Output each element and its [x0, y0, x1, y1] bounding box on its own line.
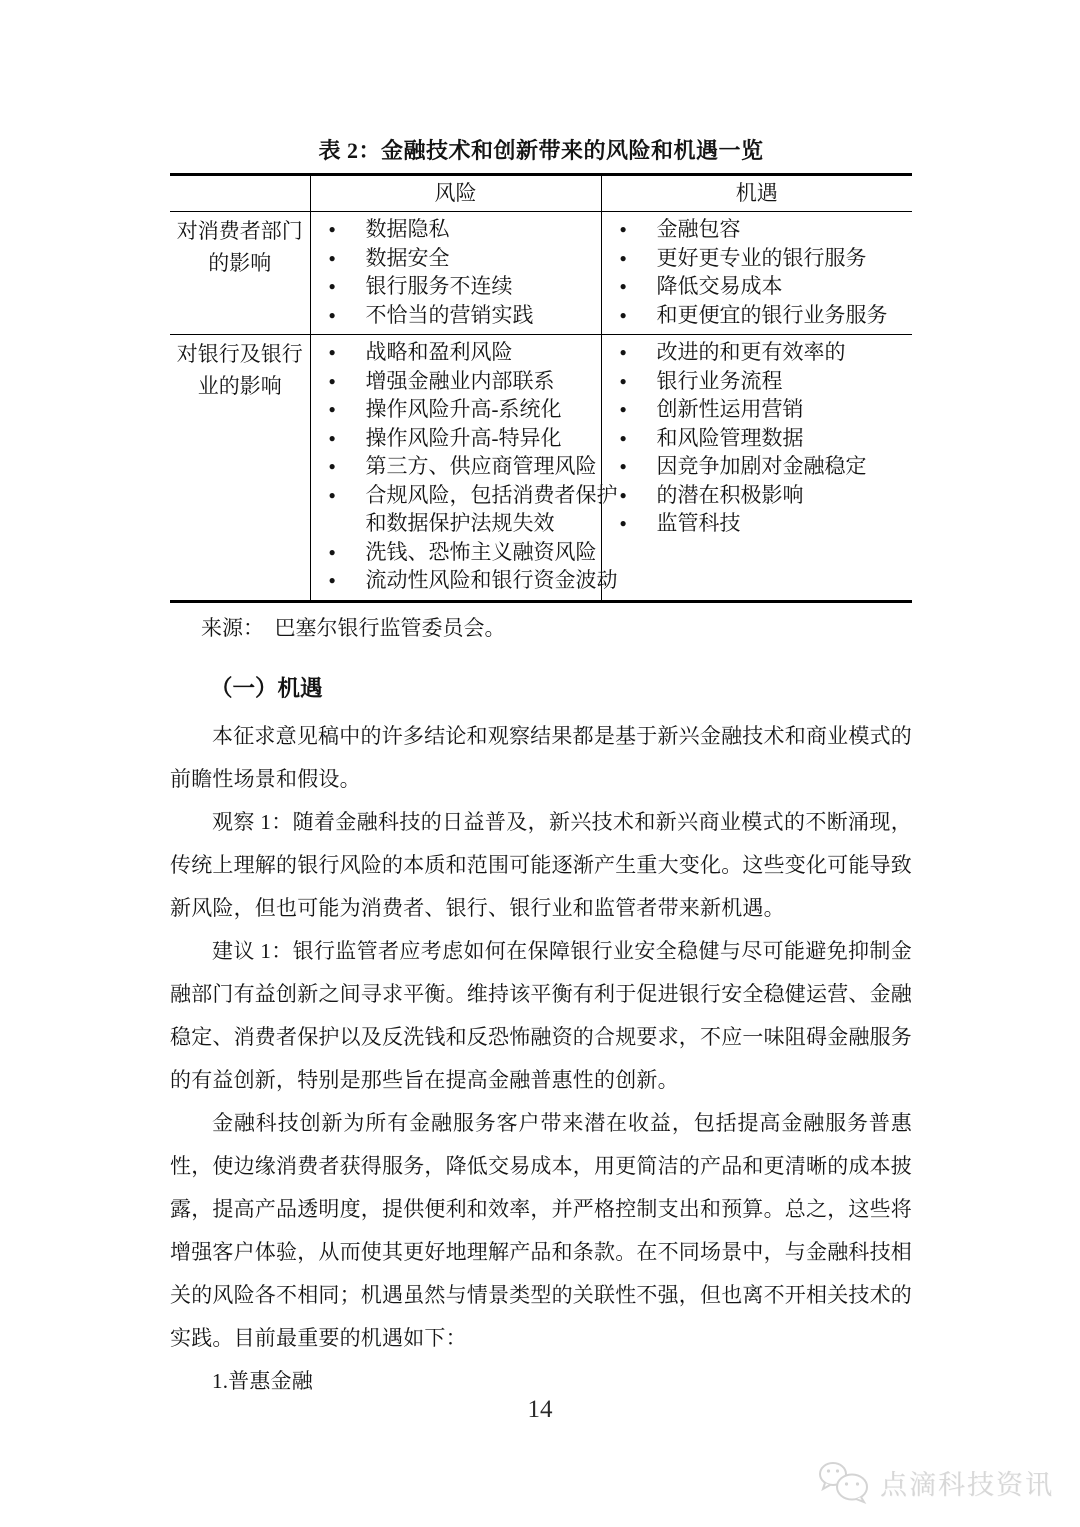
- bullet-line: ●的潜在积极影响: [602, 481, 913, 510]
- body-paragraph: 观察 1：随着金融科技的日益普及，新兴技术和新兴商业模式的不断涌现，传统上理解的…: [170, 801, 912, 930]
- row-label-line: 对消费者部门: [170, 215, 310, 247]
- bullet-line: ●创新性运用营销: [602, 395, 913, 424]
- bullet-line: ●数据安全: [311, 244, 601, 273]
- bullet-icon: ●: [620, 481, 657, 510]
- bullet-icon: ●: [329, 538, 366, 567]
- bullet-text: 增强金融业内部联系: [366, 367, 555, 396]
- bullet-line: ●降低交易成本: [602, 272, 913, 301]
- bullet-line: ●增强金融业内部联系: [311, 367, 601, 396]
- consumer-risks-cell: ●数据隐私●数据安全●银行服务不连续●不恰当的营销实践: [310, 212, 601, 335]
- bullet-icon: ●: [620, 272, 657, 301]
- bullet-line: ●流动性风险和银行资金波动: [311, 566, 601, 595]
- section-heading: （一）机遇: [170, 674, 912, 704]
- table-source: 来源： 巴塞尔银行监管委员会。: [170, 614, 912, 642]
- bullet-line: ●战略和盈利风险: [311, 338, 601, 367]
- bullet-icon: ●: [329, 301, 366, 330]
- consumer-opportunities-cell: ●金融包容●更好更专业的银行服务●降低交易成本●和更便宜的银行业务服务: [601, 212, 912, 335]
- table-row-consumer: 对消费者部门的影响 ●数据隐私●数据安全●银行服务不连续●不恰当的营销实践 ●金…: [170, 212, 912, 335]
- bullet-line: ●第三方、供应商管理风险: [311, 452, 601, 481]
- bullet-text: 数据安全: [366, 244, 450, 273]
- header-empty: [170, 175, 310, 212]
- risk-opportunity-table: 风险 机遇 对消费者部门的影响 ●数据隐私●数据安全●银行服务不连续●不恰当的营…: [170, 173, 912, 603]
- bullet-line: ●合规风险，包括消费者保护: [311, 481, 601, 510]
- bullet-line: ●银行业务流程: [602, 367, 913, 396]
- table-title: 表 2：金融技术和创新带来的风险和机遇一览: [170, 138, 912, 164]
- row-label-line: 的影响: [170, 247, 310, 279]
- bullet-text: 操作风险升高-特异化: [366, 424, 562, 453]
- watermark-text: 点滴科技资讯: [880, 1463, 1054, 1502]
- bullet-icon: ●: [620, 424, 657, 453]
- bullet-text: 改进的和更有效率的: [657, 338, 846, 367]
- bullet-line: ●操作风险升高-系统化: [311, 395, 601, 424]
- bullet-icon: ●: [620, 452, 657, 481]
- watermark: 点滴科技资讯: [816, 1460, 1054, 1504]
- bullet-icon: ●: [620, 367, 657, 396]
- bullet-icon: ●: [620, 338, 657, 367]
- body-text: 本征求意见稿中的许多结论和观察结果都是基于新兴金融技术和商业模式的前瞻性场景和假…: [170, 715, 912, 1403]
- bullet-text: 数据隐私: [366, 215, 450, 244]
- bullet-line: 和数据保护法规失效: [311, 509, 601, 538]
- bullet-icon: ●: [620, 509, 657, 538]
- bullet-icon: ●: [620, 301, 657, 330]
- bullet-text: 和数据保护法规失效: [366, 509, 555, 538]
- bullet-line: ●因竞争加剧对金融稳定: [602, 452, 913, 481]
- bullet-text: 第三方、供应商管理风险: [366, 452, 597, 481]
- wechat-logo-icon: [816, 1460, 872, 1504]
- body-paragraph: 本征求意见稿中的许多结论和观察结果都是基于新兴金融技术和商业模式的前瞻性场景和假…: [170, 715, 912, 801]
- bullet-icon: ●: [329, 244, 366, 273]
- bank-opportunities-cell: ●改进的和更有效率的●银行业务流程●创新性运用营销●和风险管理数据●因竞争加剧对…: [601, 335, 912, 602]
- bullet-text: 监管科技: [657, 509, 741, 538]
- table-row-banks: 对银行及银行业的影响 ●战略和盈利风险●增强金融业内部联系●操作风险升高-系统化…: [170, 335, 912, 602]
- bullet-icon: ●: [620, 395, 657, 424]
- header-risk: 风险: [310, 175, 601, 212]
- bullet-line: ●和更便宜的银行业务服务: [602, 301, 913, 330]
- page-number: 14: [0, 1396, 1080, 1424]
- bullet-text: 降低交易成本: [657, 272, 783, 301]
- row-label-consumer: 对消费者部门的影响: [170, 212, 310, 335]
- bullet-text: 合规风险，包括消费者保护: [366, 481, 618, 510]
- bank-risks-cell: ●战略和盈利风险●增强金融业内部联系●操作风险升高-系统化●操作风险升高-特异化…: [310, 335, 601, 602]
- bullet-icon: ●: [329, 424, 366, 453]
- body-paragraph: 金融科技创新为所有金融服务客户带来潜在收益，包括提高金融服务普惠性，使边缘消费者…: [170, 1102, 912, 1360]
- document-page: 表 2：金融技术和创新带来的风险和机遇一览 风险 机遇 对消费者部门的影响 ●数…: [170, 0, 912, 1403]
- bullet-text: 创新性运用营销: [657, 395, 804, 424]
- bullet-text: 战略和盈利风险: [366, 338, 513, 367]
- bullet-text: 不恰当的营销实践: [366, 301, 534, 330]
- bullet-line: ●银行服务不连续: [311, 272, 601, 301]
- bullet-line: ●不恰当的营销实践: [311, 301, 601, 330]
- bullet-icon: ●: [329, 481, 366, 510]
- bullet-line: ●洗钱、恐怖主义融资风险: [311, 538, 601, 567]
- bullet-icon: ●: [329, 367, 366, 396]
- bullet-text: 和更便宜的银行业务服务: [657, 301, 888, 330]
- bullet-line: ●改进的和更有效率的: [602, 338, 913, 367]
- bullet-line: ●数据隐私: [311, 215, 601, 244]
- bullet-icon: ●: [329, 272, 366, 301]
- bullet-text: 银行业务流程: [657, 367, 783, 396]
- row-label-line: 业的影响: [170, 370, 310, 402]
- bullet-text: 和风险管理数据: [657, 424, 804, 453]
- bullet-line: ●和风险管理数据: [602, 424, 913, 453]
- bullet-text: 因竞争加剧对金融稳定: [657, 452, 867, 481]
- header-opportunity: 机遇: [601, 175, 912, 212]
- bullet-text: 银行服务不连续: [366, 272, 513, 301]
- bullet-icon: ●: [329, 395, 366, 424]
- bullet-icon: ●: [329, 566, 366, 595]
- bullet-text: 操作风险升高-系统化: [366, 395, 562, 424]
- bullet-text: 洗钱、恐怖主义融资风险: [366, 538, 597, 567]
- bullet-text: 金融包容: [657, 215, 741, 244]
- bullet-line: ●金融包容: [602, 215, 913, 244]
- bullet-line: ●监管科技: [602, 509, 913, 538]
- bullet-line: ●更好更专业的银行服务: [602, 244, 913, 273]
- table-header-row: 风险 机遇: [170, 175, 912, 212]
- row-label-line: 对银行及银行: [170, 338, 310, 370]
- row-label-banks: 对银行及银行业的影响: [170, 335, 310, 602]
- bullet-icon: ●: [620, 244, 657, 273]
- bullet-text: 的潜在积极影响: [657, 481, 804, 510]
- bullet-icon: ●: [329, 452, 366, 481]
- bullet-text: 更好更专业的银行服务: [657, 244, 867, 273]
- bullet-text: 流动性风险和银行资金波动: [366, 566, 618, 595]
- bullet-line: ●操作风险升高-特异化: [311, 424, 601, 453]
- body-paragraph: 建议 1：银行监管者应考虑如何在保障银行业安全稳健与尽可能避免抑制金融部门有益创…: [170, 930, 912, 1102]
- bullet-icon: ●: [620, 215, 657, 244]
- bullet-icon: ●: [329, 215, 366, 244]
- bullet-icon: ●: [329, 338, 366, 367]
